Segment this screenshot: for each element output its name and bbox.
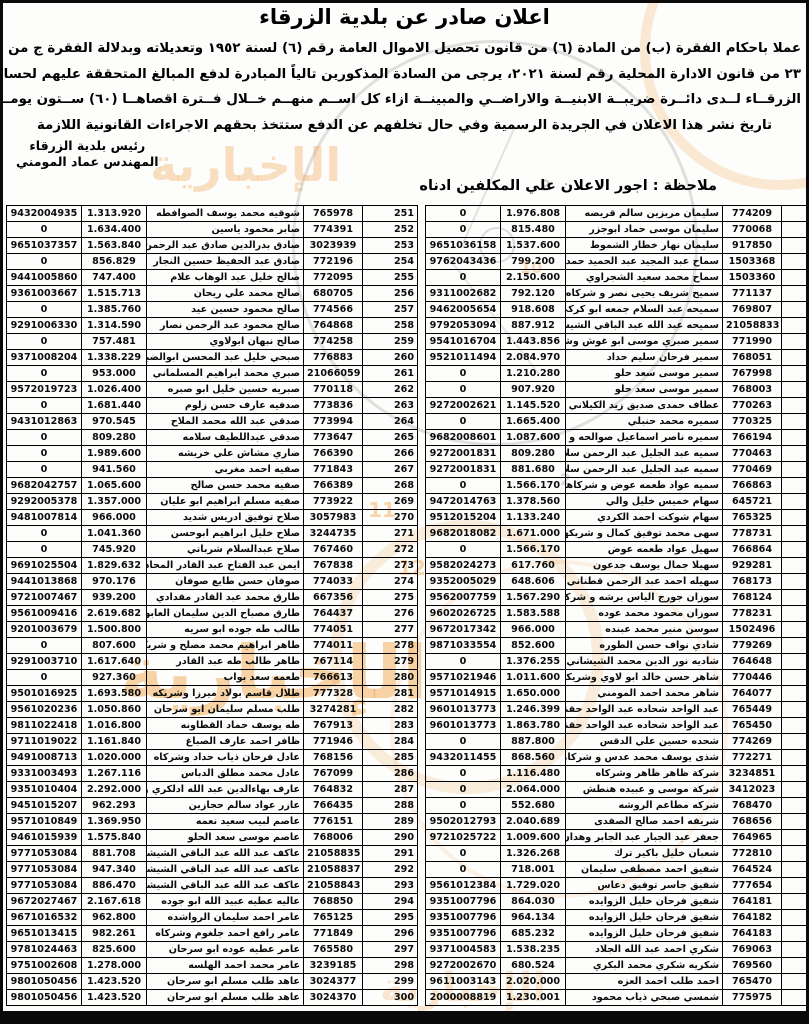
serial-number: 279 bbox=[363, 654, 418, 670]
amount: 1.515.713 bbox=[82, 286, 147, 302]
serial-number: 216 bbox=[782, 446, 809, 462]
national-id: 0 bbox=[426, 478, 501, 494]
serial-number: 213 bbox=[782, 398, 809, 414]
amount: 970.176 bbox=[82, 574, 147, 590]
taxpayer-name: صفيه محمد حسن صالح bbox=[147, 478, 304, 494]
amount: 1.671.000 bbox=[501, 526, 566, 542]
taxpayer-name: صادق عبد الحفيظ حسين النجار bbox=[147, 254, 304, 270]
serial-number: 260 bbox=[363, 350, 418, 366]
amount: 648.606 bbox=[501, 574, 566, 590]
file-number: 1503360 bbox=[723, 270, 782, 286]
table-row: 95410167041.443.856سمير صبري موسى ابو غو… bbox=[426, 334, 809, 350]
file-number: 778731 bbox=[723, 526, 782, 542]
file-number: 775975 bbox=[723, 990, 782, 1006]
amount: 1.665.400 bbox=[501, 414, 566, 430]
amount: 2.292.000 bbox=[82, 782, 147, 798]
serial-number: 265 bbox=[363, 430, 418, 446]
serial-number: 262 bbox=[363, 382, 418, 398]
amount: 1.050.860 bbox=[82, 702, 147, 718]
serial-number: 286 bbox=[363, 766, 418, 782]
table-row: 93710045831.538.235شكري احمد عبد الله ال… bbox=[426, 942, 809, 958]
amount: 1.009.600 bbox=[501, 830, 566, 846]
national-id: 9371008204 bbox=[7, 350, 82, 366]
table-row: 01.041.360صلاح خليل ابراهيم ابوحسن324473… bbox=[7, 526, 418, 542]
national-id: 9721025722 bbox=[426, 830, 501, 846]
file-number: 769560 bbox=[723, 958, 782, 974]
taxpayer-name: صالح محمود عبد الرحمن نصار bbox=[147, 318, 304, 334]
file-number: 772095 bbox=[304, 270, 363, 286]
serial-number: 270 bbox=[363, 510, 418, 526]
amount: 962.293 bbox=[82, 798, 147, 814]
amount: 807.600 bbox=[82, 638, 147, 654]
serial-number: 294 bbox=[363, 894, 418, 910]
file-number: 680705 bbox=[304, 286, 363, 302]
amount: 947.340 bbox=[82, 862, 147, 878]
serial-number: 290 bbox=[363, 830, 418, 846]
taxpayer-name: شفيق جاسر توفيق دعاس bbox=[566, 878, 723, 894]
table-row: 95710219461.011.600شاهر حسن خالد ابو لاو… bbox=[426, 670, 809, 686]
file-number: 767838 bbox=[304, 558, 363, 574]
file-number: 769063 bbox=[723, 942, 782, 958]
taxpayer-name: شادي نواف حسن الطوره bbox=[566, 638, 723, 654]
serial-number: 243 bbox=[782, 878, 809, 894]
serial-number: 229 bbox=[782, 654, 809, 670]
serial-number: 292 bbox=[363, 862, 418, 878]
amount: 970.545 bbox=[82, 414, 147, 430]
serial-number: 217 bbox=[782, 462, 809, 478]
taxpayer-name: صادق بدرالدين صادق عبد الرحمن bbox=[147, 238, 304, 254]
table-row: 96910255041.829.632ايمن عبد الفتاح عبد ا… bbox=[7, 558, 418, 574]
table-row: 9721007467939.200طارق محمد عبد القادر مق… bbox=[7, 590, 418, 606]
amount: 2.084.970 bbox=[501, 350, 566, 366]
national-id: 9561012384 bbox=[426, 878, 501, 894]
taxpayer-name: عاهد طلب مسلم ابو سرحان bbox=[147, 990, 304, 1006]
file-number: 765580 bbox=[304, 942, 363, 958]
amount: 2.619.682 bbox=[82, 606, 147, 622]
file-number: 770118 bbox=[304, 382, 363, 398]
taxpayer-name: صدقي عبد الله محمد الملاح bbox=[147, 414, 304, 430]
file-number: 21066059 bbox=[304, 366, 363, 382]
table-row: 01.681.440صدفيه عارف حسن زلوم773836263 bbox=[7, 398, 418, 414]
file-number: 3234851 bbox=[723, 766, 782, 782]
taxpayer-name: صبريه حسين خليل ابو صبره bbox=[147, 382, 304, 398]
national-id: 9711019022 bbox=[7, 734, 82, 750]
amount: 1.566.170 bbox=[501, 478, 566, 494]
table-row: 01.326.268شعبان خليل باكير ترك772810241 bbox=[426, 846, 809, 862]
national-id: 9721007467 bbox=[7, 590, 82, 606]
amount: 1.617.640 bbox=[82, 654, 147, 670]
taxpayer-name: ضاري مشاش علي خريشه bbox=[147, 446, 304, 462]
serial-number: 280 bbox=[363, 670, 418, 686]
table-row: 96510373571.563.840صادق بدرالدين صادق عب… bbox=[7, 238, 418, 254]
amount: 1.566.170 bbox=[501, 542, 566, 558]
signature-name: المهندس عماد المومني bbox=[16, 154, 159, 170]
taxpayer-name: سميه عبد الجليل عبد الرحمن سلام bbox=[566, 446, 723, 462]
taxpayer-name: ظافر احمد عارف الصباغ bbox=[147, 734, 304, 750]
file-number: 21058837 bbox=[304, 862, 363, 878]
announcement-body: عملا باحكام الفقرة (ب) من المادة (٦) من … bbox=[8, 36, 801, 138]
table-row: 95710149151.650.000شاهر محمد احمد المومن… bbox=[426, 686, 809, 702]
amount: 1.423.520 bbox=[82, 974, 147, 990]
national-id: 0 bbox=[7, 542, 82, 558]
table-row: 95120152041.133.240سهام شوكت احمد الكردي… bbox=[426, 510, 809, 526]
taxpayer-name: شاديه نور الدين محمد الشيشاني و شركاها bbox=[566, 654, 723, 670]
serial-number: 235 bbox=[782, 750, 809, 766]
file-number: 766390 bbox=[304, 446, 363, 462]
file-number: 766389 bbox=[304, 478, 363, 494]
serial-number: 239 bbox=[782, 814, 809, 830]
taxpayer-name: عاكف عبد الله عبد الباقي الشيشاني bbox=[147, 878, 304, 894]
amount: 1.026.400 bbox=[82, 382, 147, 398]
taxpayer-name: طاهر ابراهيم محمد مصلح و شريكه bbox=[147, 638, 304, 654]
table-row: 92910037101.617.640طاهر طالب طه عبد القا… bbox=[7, 654, 418, 670]
file-number: 21058835 bbox=[304, 846, 363, 862]
national-id: 9292005378 bbox=[7, 494, 82, 510]
amount: 1.443.856 bbox=[501, 334, 566, 350]
amount: 1.065.600 bbox=[82, 478, 147, 494]
table-row: 96510361581.537.600سليمان نهار خطار الشم… bbox=[426, 238, 809, 254]
table-row: 02.150.600سماح محمد سعيد الشجراوي1503360… bbox=[426, 270, 809, 286]
taxpayer-name: صبري محمد ابراهيم المسلماني bbox=[147, 366, 304, 382]
file-number: 776151 bbox=[304, 814, 363, 830]
amount: 868.560 bbox=[501, 750, 566, 766]
serial-number: 255 bbox=[363, 270, 418, 286]
file-number: 3274281 bbox=[304, 702, 363, 718]
file-number: 767998 bbox=[723, 366, 782, 382]
table-row: 96720274672.167.618عاليه عطيه عبيد الله … bbox=[7, 894, 418, 910]
table-row: 9792053094887.912سميحه عبد الله عبد البا… bbox=[426, 318, 809, 334]
file-number: 765449 bbox=[723, 702, 782, 718]
national-id: 9792053094 bbox=[426, 318, 501, 334]
national-id: 9871033554 bbox=[426, 638, 501, 654]
serial-number: 214 bbox=[782, 414, 809, 430]
serial-number: 205 bbox=[782, 270, 809, 286]
amount: 1.378.560 bbox=[501, 494, 566, 510]
taxpayer-name: شفيق احمد مصطفى سليمان bbox=[566, 862, 723, 878]
serial-number: 275 bbox=[363, 590, 418, 606]
serial-number: 269 bbox=[363, 494, 418, 510]
file-number: 770469 bbox=[723, 462, 782, 478]
table-row: 0552.680شركه مطاعم الروشه768470238 bbox=[426, 798, 809, 814]
national-id: 9351007796 bbox=[426, 910, 501, 926]
serial-number: 245 bbox=[782, 910, 809, 926]
file-number: 3024370 bbox=[304, 990, 363, 1006]
national-id: 9351007796 bbox=[426, 894, 501, 910]
national-id: 9461015939 bbox=[7, 830, 82, 846]
table-left-251-300: 94320049351.313.920شوقيه محمد يوسف الصوا… bbox=[6, 205, 418, 1006]
taxpayer-name: شركة ظاهر ظاهر وشركاه bbox=[566, 766, 723, 782]
file-number: 764965 bbox=[723, 830, 782, 846]
file-number: 772196 bbox=[304, 254, 363, 270]
file-number: 765125 bbox=[304, 910, 363, 926]
amount: 941.560 bbox=[82, 462, 147, 478]
taxpayer-name: سميحه عبد الله عبد الباقي الشيشاني bbox=[566, 318, 723, 334]
taxpayer-name: سليمان مريزين سالم قريضه bbox=[566, 206, 723, 222]
amount: 864.030 bbox=[501, 894, 566, 910]
taxpayer-name: سميح شريف يحيى نصر و شركاه bbox=[566, 286, 723, 302]
amount: 1.313.920 bbox=[82, 206, 147, 222]
amount: 809.280 bbox=[501, 446, 566, 462]
table-row: 01.376.255شاديه نور الدين محمد الشيشاني … bbox=[426, 654, 809, 670]
amount: 2.020.000 bbox=[501, 974, 566, 990]
table-row: 9441013868970.176صوفان حسن طايع صوفان774… bbox=[7, 574, 418, 590]
amount: 1.537.600 bbox=[501, 238, 566, 254]
national-id: 9432004935 bbox=[7, 206, 82, 222]
serial-number: 285 bbox=[363, 750, 418, 766]
file-number: 777328 bbox=[304, 686, 363, 702]
taxpayer-name: سمير صبري موسى ابو غوش وشريكه bbox=[566, 334, 723, 350]
amount: 1.357.000 bbox=[82, 494, 147, 510]
file-number: 768006 bbox=[304, 830, 363, 846]
amount: 1.011.600 bbox=[501, 670, 566, 686]
taxpayer-name: صوفان حسن طايع صوفان bbox=[147, 574, 304, 590]
amount: 745.920 bbox=[82, 542, 147, 558]
national-id: 9201003679 bbox=[7, 622, 82, 638]
table-row: 9582024273617.760سهيلا جمال يوسف جدعون92… bbox=[426, 558, 809, 574]
table-row: 96820180821.671.000سهى محمد توفيق كمال و… bbox=[426, 526, 809, 542]
national-id: 9481007814 bbox=[7, 510, 82, 526]
body-line: عملا باحكام الفقرة (ب) من المادة (٦) من … bbox=[8, 36, 801, 62]
file-number: 770463 bbox=[723, 446, 782, 462]
taxpayer-name: طاهر طالب طه عبد القادر bbox=[147, 654, 304, 670]
table-row: 93710082041.338.229صبحي خليل عبد المحسن … bbox=[7, 350, 418, 366]
serial-number: 266 bbox=[363, 446, 418, 462]
serial-number: 268 bbox=[363, 478, 418, 494]
file-number: 774566 bbox=[304, 302, 363, 318]
table-row: 9462005654918.608سميحه عبد السلام جمعه ا… bbox=[426, 302, 809, 318]
serial-number: 221 bbox=[782, 526, 809, 542]
table-row: 01.665.400سميره محمد حنبلي770325214 bbox=[426, 414, 809, 430]
table-row: 92010036791.500.800طالب طه جوده ابو سريه… bbox=[7, 622, 418, 638]
national-id: 0 bbox=[7, 430, 82, 446]
amount: 1.563.840 bbox=[82, 238, 147, 254]
national-id: 9602026725 bbox=[426, 606, 501, 622]
national-id: 0 bbox=[426, 846, 501, 862]
table-row: 0807.600طاهر ابراهيم محمد مصلح و شريكه77… bbox=[7, 638, 418, 654]
amount: 1.230.001 bbox=[501, 990, 566, 1006]
national-id: 9571021946 bbox=[426, 670, 501, 686]
table-row: 95210114942.084.970سمير فرحان سليم حداد7… bbox=[426, 350, 809, 366]
file-number: 768003 bbox=[723, 382, 782, 398]
taxpayer-name: عبد الواحد شحاده عبد الواحد حقناوى bbox=[566, 702, 723, 718]
national-id: 9691025504 bbox=[7, 558, 82, 574]
file-number: 773994 bbox=[304, 414, 363, 430]
table-row: 01.385.760صالح محمود حسين عيد774566257 bbox=[7, 302, 418, 318]
table-row: 9771053084881.708عاكف عبد الله عبد الباق… bbox=[7, 846, 418, 862]
taxpayer-name: سماح محمد سعيد الشجراوي bbox=[566, 270, 723, 286]
national-id: 0 bbox=[426, 766, 501, 782]
file-number: 768850 bbox=[304, 894, 363, 910]
table-row: 92920053781.357.000صفيه مسلم ابراهيم ابو… bbox=[7, 494, 418, 510]
taxpayer-name: صالح محمود حسين عيد bbox=[147, 302, 304, 318]
file-number: 1503368 bbox=[723, 254, 782, 270]
serial-number: 287 bbox=[363, 782, 418, 798]
file-number: 764524 bbox=[723, 862, 782, 878]
table-row: 94610159391.575.840عاصم موسى سعد الحلو76… bbox=[7, 830, 418, 846]
taxpayer-name: سمير موسى سعد حلو bbox=[566, 366, 723, 382]
taxpayer-name: صدفيه عارف حسن زلوم bbox=[147, 398, 304, 414]
taxpayer-name: طعمه سعد بواب bbox=[147, 670, 304, 686]
serial-number: 264 bbox=[363, 414, 418, 430]
taxpayer-name: سميره ناصر اسماعيل صوالحه و شركاها bbox=[566, 430, 723, 446]
signature-title: رئيس بلدية الزرقاء bbox=[16, 138, 159, 154]
serial-number: 273 bbox=[363, 558, 418, 574]
body-line: ٢٣ من قانون الادارة المحلية رقم لسنة ٢٠٢… bbox=[8, 62, 801, 88]
serial-number: 282 bbox=[363, 702, 418, 718]
taxpayer-name: صالح محمد علي ريحان bbox=[147, 286, 304, 302]
taxpayer-name: عارف بهاءالدين عبد الله ادلكري وشركاه bbox=[147, 782, 304, 798]
national-id: 0 bbox=[7, 366, 82, 382]
amount: 982.261 bbox=[82, 926, 147, 942]
amount: 2.150.600 bbox=[501, 270, 566, 286]
serial-number: 201 bbox=[782, 206, 809, 222]
taxpayer-name: سميره محمد حنبلي bbox=[566, 414, 723, 430]
amount: 1.500.800 bbox=[82, 622, 147, 638]
taxpayer-name: عاصم موسى سعد الحلو bbox=[147, 830, 304, 846]
table-row: 9781024463825.600عامر عطيه عوده ابو سرحا… bbox=[7, 942, 418, 958]
file-number: 3057983 bbox=[304, 510, 363, 526]
national-id: 0 bbox=[426, 862, 501, 878]
amount: 617.760 bbox=[501, 558, 566, 574]
serial-number: 238 bbox=[782, 798, 809, 814]
national-id: 9272002670 bbox=[426, 958, 501, 974]
taxpayer-name: عامر محمد احمد الهلسه bbox=[147, 958, 304, 974]
taxpayer-name: سمير فرحان سليم حداد bbox=[566, 350, 723, 366]
national-id: 9651036158 bbox=[426, 238, 501, 254]
serial-number: 299 bbox=[363, 974, 418, 990]
table-row: 9871033554852.600شادي نواف حسن الطوره779… bbox=[426, 638, 809, 654]
serial-number: 224 bbox=[782, 574, 809, 590]
file-number: 766613 bbox=[304, 670, 363, 686]
table-row: 9351007796864.030شفيق فرحان خليل الزوايد… bbox=[426, 894, 809, 910]
national-id: 9501016925 bbox=[7, 686, 82, 702]
table-row: 95610123841.729.020شفيق جاسر توفيق دعاس7… bbox=[426, 878, 809, 894]
table-row: 20000088191.230.001شمسي صبحي ذياب محمود7… bbox=[426, 990, 809, 1006]
table-row: 95020127932.040.689شريفه احمد صالح الصفد… bbox=[426, 814, 809, 830]
table-row: 9651013415982.261عامر رافع احمد جلغوم وش… bbox=[7, 926, 418, 942]
taxpayer-name: صبحي خليل عبد المحسن ابوالضبعات bbox=[147, 350, 304, 366]
file-number: 779269 bbox=[723, 638, 782, 654]
amount: 825.600 bbox=[82, 942, 147, 958]
national-id: 0 bbox=[426, 542, 501, 558]
national-id: 0 bbox=[426, 782, 501, 798]
serial-number: 278 bbox=[363, 638, 418, 654]
national-id: 9541016704 bbox=[426, 334, 501, 350]
file-number: 768051 bbox=[723, 350, 782, 366]
serial-number: 277 bbox=[363, 622, 418, 638]
national-id: 9561009416 bbox=[7, 606, 82, 622]
serial-number: 271 bbox=[363, 526, 418, 542]
serial-number: 223 bbox=[782, 558, 809, 574]
serial-number: 283 bbox=[363, 718, 418, 734]
taxpayer-name: طه يوسف حماد القطاونه bbox=[147, 718, 304, 734]
taxpayer-name: صدقي عبداللطيف سلامه bbox=[147, 430, 304, 446]
amount: 1.729.020 bbox=[501, 878, 566, 894]
file-number: 768156 bbox=[304, 750, 363, 766]
amount: 680.524 bbox=[501, 958, 566, 974]
serial-number: 281 bbox=[363, 686, 418, 702]
file-number: 771990 bbox=[723, 334, 782, 350]
national-id: 9811022418 bbox=[7, 718, 82, 734]
table-row: 93310034931.267.116عادل محمد مطلق الدباس… bbox=[7, 766, 418, 782]
taxpayer-name: سميه عواد طعمه عوض و شركاها bbox=[566, 478, 723, 494]
amount: 757.481 bbox=[82, 334, 147, 350]
table-row: 0757.481صالح نبهان ابولاوي774258259 bbox=[7, 334, 418, 350]
amount: 718.001 bbox=[501, 862, 566, 878]
national-id: 9571014915 bbox=[426, 686, 501, 702]
national-id: 9601013773 bbox=[426, 718, 501, 734]
file-number: 764868 bbox=[304, 318, 363, 334]
national-id: 9561020236 bbox=[7, 702, 82, 718]
taxpayer-name: عامر عطيه عوده ابو سرحان bbox=[147, 942, 304, 958]
serial-number: 254 bbox=[363, 254, 418, 270]
taxpayer-name: شفيق فرحان خليل الزوايده bbox=[566, 894, 723, 910]
file-number: 774011 bbox=[304, 638, 363, 654]
serial-number: 206 bbox=[782, 286, 809, 302]
amount: 2.167.618 bbox=[82, 894, 147, 910]
taxpayer-name: عامر احمد سليمان الرواشده bbox=[147, 910, 304, 926]
serial-number: 234 bbox=[782, 734, 809, 750]
serial-number: 250 bbox=[782, 990, 809, 1006]
table-row: 95610094162.619.682طارق مصباح الدين سليم… bbox=[7, 606, 418, 622]
taxpayer-name: سماح عبد المجيد عبد الحميد حمدان bbox=[566, 254, 723, 270]
serial-number: 256 bbox=[363, 286, 418, 302]
serial-number: 202 bbox=[782, 222, 809, 238]
amount: 1.385.760 bbox=[82, 302, 147, 318]
table-row: 9272001831881.680سميه عبد الجليل عبد الر… bbox=[426, 462, 809, 478]
serial-number: 219 bbox=[782, 494, 809, 510]
national-id: 9601013773 bbox=[426, 702, 501, 718]
file-number: 773647 bbox=[304, 430, 363, 446]
national-id: 9462005654 bbox=[426, 302, 501, 318]
national-id: 9451015207 bbox=[7, 798, 82, 814]
national-id: 0 bbox=[426, 206, 501, 222]
taxpayer-name: صلاح عبدالسلام شرباتي bbox=[147, 542, 304, 558]
file-number: 766863 bbox=[723, 478, 782, 494]
national-id: 9272001831 bbox=[426, 462, 501, 478]
amount: 809.280 bbox=[82, 430, 147, 446]
taxpayer-name: عبد الواحد شحاده عبد الواحد حقناوى bbox=[566, 718, 723, 734]
serial-number: 291 bbox=[363, 846, 418, 862]
file-number: 774269 bbox=[723, 734, 782, 750]
file-number: 764832 bbox=[304, 782, 363, 798]
file-number: 3412023 bbox=[723, 782, 782, 798]
taxpayer-name: ايمن عبد الفتاح عبد القادر المحادين bbox=[147, 558, 304, 574]
national-id: 9351007796 bbox=[426, 926, 501, 942]
file-number: 3244735 bbox=[304, 526, 363, 542]
serial-number: 220 bbox=[782, 510, 809, 526]
file-number: 776883 bbox=[304, 350, 363, 366]
national-id: 0 bbox=[7, 334, 82, 350]
amount: 1.634.400 bbox=[82, 222, 147, 238]
taxpayer-tables: 94320049351.313.920شوقيه محمد يوسف الصوا… bbox=[6, 205, 803, 1006]
national-id: 2000008819 bbox=[426, 990, 501, 1006]
amount: 1.326.268 bbox=[501, 846, 566, 862]
serial-number: 293 bbox=[363, 878, 418, 894]
file-number: 667356 bbox=[304, 590, 363, 606]
taxpayer-name: سمير موسى سعد حلو bbox=[566, 382, 723, 398]
file-number: 778231 bbox=[723, 606, 782, 622]
serial-number: 296 bbox=[363, 926, 418, 942]
taxpayer-name: عامر رافع احمد جلغوم وشركاه bbox=[147, 926, 304, 942]
file-number: 764077 bbox=[723, 686, 782, 702]
amount: 1.829.632 bbox=[82, 558, 147, 574]
taxpayer-name: سوزان محمود محمد عوده bbox=[566, 606, 723, 622]
file-number: 3024377 bbox=[304, 974, 363, 990]
taxpayer-name: عادل محمد مطلق الدباس bbox=[147, 766, 304, 782]
serial-number: 247 bbox=[782, 942, 809, 958]
table-row: 9351007796964.134شفيق فرحان خليل الزوايد… bbox=[426, 910, 809, 926]
